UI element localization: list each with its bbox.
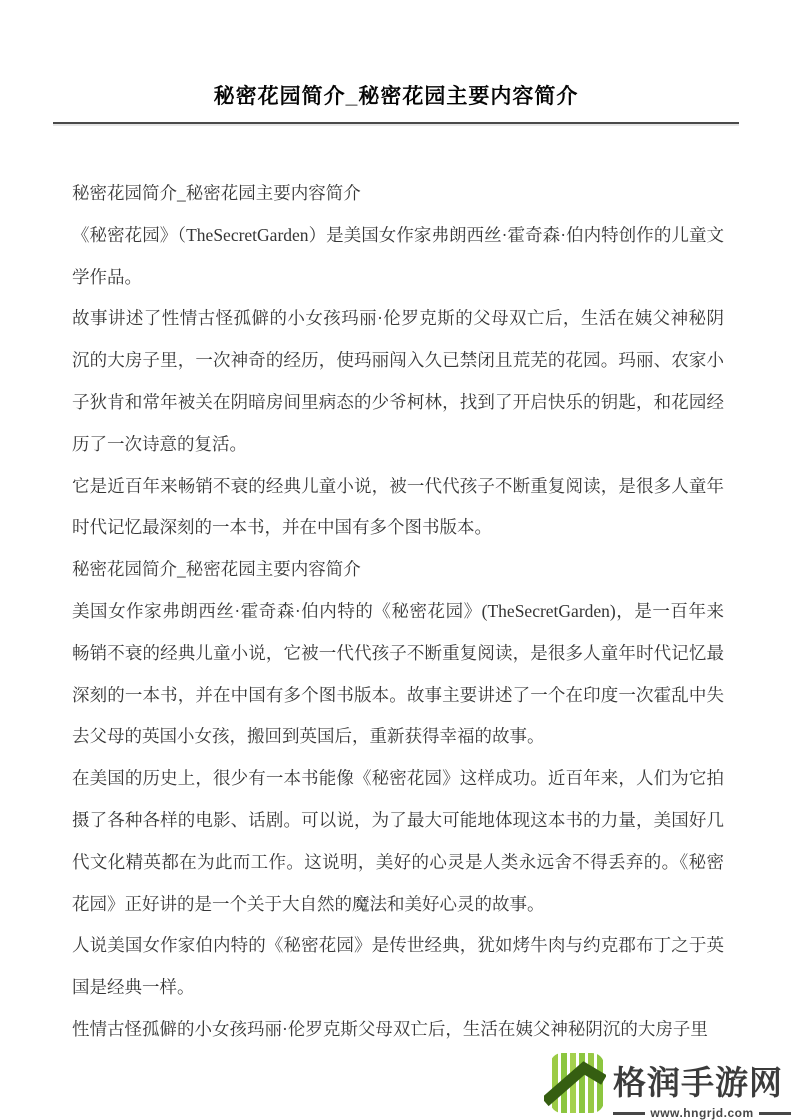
paragraph: 美国女作家弗朗西丝·霍奇森·伯内特的《秘密花园》(TheSecretGarden… (72, 591, 724, 758)
paragraph: 秘密花园简介_秘密花园主要内容简介 (72, 549, 724, 591)
page-title: 秘密花园简介_秘密花园主要内容简介 (0, 0, 792, 110)
url-right-dash (759, 1112, 791, 1115)
url-left-dash (613, 1112, 645, 1115)
paragraph: 秘密花园简介_秘密花园主要内容简介 (72, 173, 724, 215)
paragraph: 故事讲述了性情古怪孤僻的小女孩玛丽·伦罗克斯的父母双亡后，生活在姨父神秘阴沉的大… (72, 298, 724, 465)
watermark-text-block: 格润手游网 www.hngrjd.com (613, 1051, 791, 1120)
paragraph: 性情古怪孤僻的小女孩玛丽·伦罗克斯父母双亡后，生活在姨父神秘阴沉的大房子里 (72, 1009, 724, 1051)
paragraph: 人说美国女作家伯内特的《秘密花园》是传世经典，犹如烤牛肉与约克郡布丁之于英国是经… (72, 925, 724, 1009)
title-divider (53, 122, 739, 124)
grjd-logo-icon (544, 1051, 606, 1115)
document-body: 秘密花园简介_秘密花园主要内容简介《秘密花园》（TheSecretGarden）… (72, 173, 724, 1051)
watermark-site-url: www.hngrjd.com (650, 1106, 753, 1120)
document-header: 秘密花园简介_秘密花园主要内容简介 (0, 0, 792, 124)
paragraph: 在美国的历史上，很少有一本书能像《秘密花园》这样成功。近百年来，人们为它拍摄了各… (72, 758, 724, 925)
paragraph: 它是近百年来畅销不衰的经典儿童小说，被一代代孩子不断重复阅读，是很多人童年时代记… (72, 466, 724, 550)
watermark-site-name: 格润手游网 (613, 1066, 791, 1099)
site-watermark: 格润手游网 www.hngrjd.com (544, 1051, 791, 1120)
watermark-url-row: www.hngrjd.com (613, 1106, 791, 1120)
paragraph: 《秘密花园》（TheSecretGarden）是美国女作家弗朗西丝·霍奇森·伯内… (72, 215, 724, 299)
